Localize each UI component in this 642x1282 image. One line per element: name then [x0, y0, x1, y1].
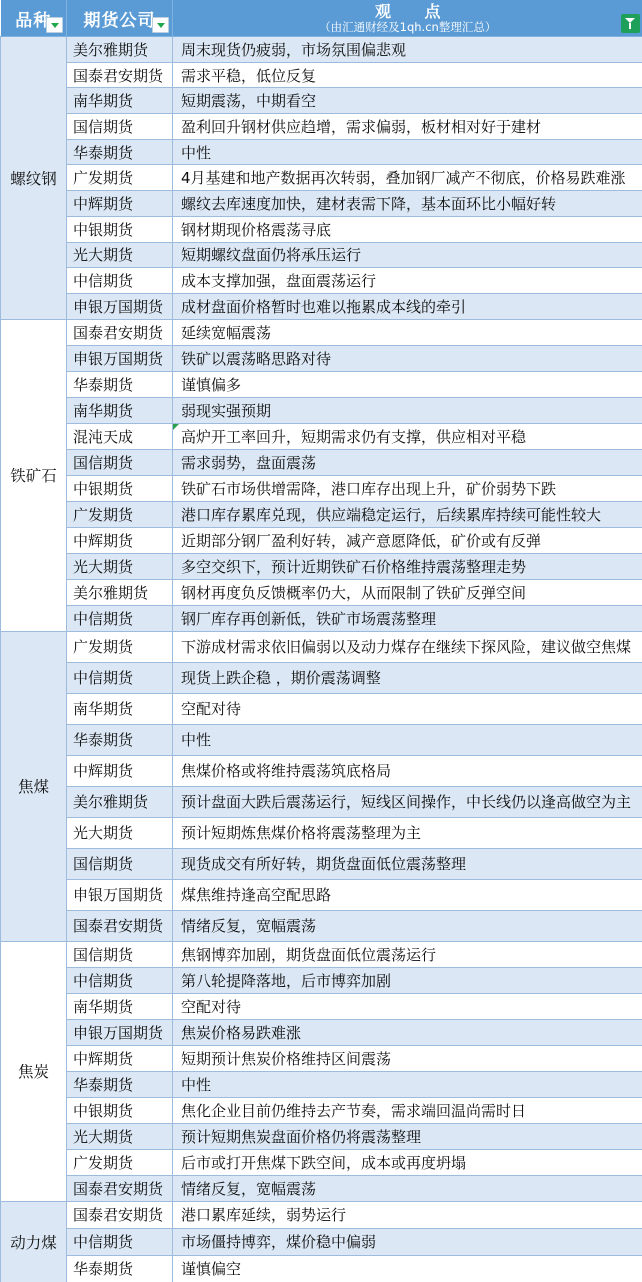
table-row: 华泰期货谨慎偏多	[1, 371, 642, 397]
table-row: 中辉期货焦煤价格或将维持震荡筑底格局	[1, 755, 642, 786]
table-row: 国信期货现货成交有所好转，期货盘面低位震荡整理	[1, 848, 642, 879]
header-row: 品种 期货公司 观 点 （由汇通财经及1qh.cn整理汇总）	[1, 0, 642, 37]
company-cell[interactable]: 中辉期货	[67, 1045, 173, 1071]
company-cell[interactable]: 国泰君安期货	[67, 319, 173, 345]
view-cell[interactable]: 焦炭价格易跌难涨	[173, 1019, 642, 1045]
table-row: 动力煤国泰君安期货港口累库延续，弱势运行	[1, 1201, 642, 1228]
view-cell[interactable]: 需求弱势，盘面震荡	[173, 449, 642, 475]
view-cell[interactable]: 短期震荡，中期看空	[173, 88, 642, 114]
funnel-stem-icon	[629, 23, 631, 29]
table-row: 美尔雅期货钢材再度负反馈概率仍大，从而限制了铁矿反弹空间	[1, 579, 642, 605]
col-header-variety[interactable]: 品种	[1, 0, 67, 37]
company-cell[interactable]: 国信期货	[67, 941, 173, 967]
table-row: 南华期货空配对待	[1, 993, 642, 1019]
company-cell[interactable]: 国泰君安期货	[67, 62, 173, 88]
opinion-table: 品种 期货公司 观 点 （由汇通财经及1qh.cn整理汇总） 螺纹钢美尔雅期货	[0, 0, 642, 1282]
view-cell[interactable]: 短期预计焦炭价格维持区间震荡	[173, 1045, 642, 1071]
col-header-view[interactable]: 观 点 （由汇通财经及1qh.cn整理汇总）	[173, 0, 642, 37]
view-cell[interactable]: 预计短期焦炭盘面价格仍将震荡整理	[173, 1123, 642, 1149]
company-cell[interactable]: 广发期货	[67, 1149, 173, 1175]
company-cell[interactable]: 中辉期货	[67, 527, 173, 553]
table-row: 国信期货盈利回升钢材供应趋增，需求偏弱，板材相对好于建材	[1, 114, 642, 140]
company-cell[interactable]: 美尔雅期货	[67, 37, 173, 63]
company-cell[interactable]: 国信期货	[67, 449, 173, 475]
table-row: 国泰君安期货情绪反复，宽幅震荡	[1, 910, 642, 941]
table-row: 广发期货后市或打开焦煤下跌空间，成本或再度坍塌	[1, 1149, 642, 1175]
view-cell[interactable]: 市场僵持博弈，煤价稳中偏弱	[173, 1228, 642, 1255]
company-cell[interactable]: 广发期货	[67, 631, 173, 662]
company-cell[interactable]: 广发期货	[67, 501, 173, 527]
table-row: 中信期货成本支撑加强，盘面震荡运行	[1, 268, 642, 294]
view-cell[interactable]: 现货上跌企稳 ，期价震荡调整	[173, 662, 642, 693]
company-cell[interactable]: 申银万国期货	[67, 879, 173, 910]
view-cell[interactable]: 谨慎偏空	[173, 1255, 642, 1282]
view-cell[interactable]: 铁矿石市场供增需降，港口库存出现上升，矿价弱势下跌	[173, 475, 642, 501]
view-cell[interactable]: 现货成交有所好转，期货盘面低位震荡整理	[173, 848, 642, 879]
company-cell[interactable]: 国泰君安期货	[67, 1175, 173, 1201]
view-cell[interactable]: 弱现实强预期	[173, 397, 642, 423]
view-cell[interactable]: 预计短期炼焦煤价格将震荡整理为主	[173, 817, 642, 848]
company-cell[interactable]: 中银期货	[67, 216, 173, 242]
table-row: 中辉期货近期部分钢厂盈利好转，减产意愿降低，矿价或有反弹	[1, 527, 642, 553]
table-row: 美尔雅期货预计盘面大跌后震荡运行，短线区间操作，中长线仍以逢高做空为主	[1, 786, 642, 817]
table-body: 螺纹钢美尔雅期货周末现货仍疲弱，市场氛围偏悲观国泰君安期货需求平稳，低位反复南华…	[1, 37, 642, 1282]
view-cell[interactable]: 情绪反复，宽幅震荡	[173, 1175, 642, 1201]
table-row: 国泰君安期货情绪反复，宽幅震荡	[1, 1175, 642, 1201]
company-cell[interactable]: 申银万国期货	[67, 1019, 173, 1045]
view-header-subtitle: （由汇通财经及1qh.cn整理汇总）	[173, 21, 642, 34]
table-header: 品种 期货公司 观 点 （由汇通财经及1qh.cn整理汇总）	[1, 0, 642, 37]
company-cell[interactable]: 华泰期货	[67, 724, 173, 755]
table-row: 华泰期货中性	[1, 139, 642, 165]
company-cell[interactable]: 申银万国期货	[67, 293, 173, 319]
table-row: 中辉期货螺纹去库速度加快，建材表需下降，基本面环比小幅好转	[1, 191, 642, 217]
view-cell[interactable]: 港口累库延续，弱势运行	[173, 1201, 642, 1228]
view-cell[interactable]: 焦化企业目前仍维持去产节奏，需求端回温尚需时日	[173, 1097, 642, 1123]
table-row: 中银期货焦化企业目前仍维持去产节奏，需求端回温尚需时日	[1, 1097, 642, 1123]
company-cell[interactable]: 南华期货	[67, 88, 173, 114]
company-cell[interactable]: 国泰君安期货	[67, 1201, 173, 1228]
table-row: 中银期货钢材期现价格震荡寻底	[1, 216, 642, 242]
company-cell[interactable]: 南华期货	[67, 397, 173, 423]
view-cell[interactable]: 需求平稳，低位反复	[173, 62, 642, 88]
view-cell[interactable]: 高炉开工率回升，短期需求仍有支撑，供应相对平稳	[173, 423, 642, 449]
table-row: 华泰期货谨慎偏空	[1, 1255, 642, 1282]
company-cell[interactable]: 国信期货	[67, 848, 173, 879]
filter-dropdown-icon[interactable]	[152, 17, 169, 33]
spreadsheet: 品种 期货公司 观 点 （由汇通财经及1qh.cn整理汇总） 螺纹钢美尔雅期货	[0, 0, 642, 1282]
table-row: 申银万国期货成材盘面价格暂时也难以拖累成本线的牵引	[1, 293, 642, 319]
view-cell[interactable]: 盈利回升钢材供应趋增，需求偏弱，板材相对好于建材	[173, 114, 642, 140]
view-cell[interactable]: 空配对待	[173, 693, 642, 724]
company-cell[interactable]: 美尔雅期货	[67, 786, 173, 817]
table-row: 国信期货需求弱势，盘面震荡	[1, 449, 642, 475]
view-cell[interactable]: 4月基建和地产数据再次转弱，叠加钢厂减产不彻底，价格易跌难涨	[173, 165, 642, 191]
company-cell[interactable]: 广发期货	[67, 165, 173, 191]
view-cell[interactable]: 空配对待	[173, 993, 642, 1019]
table-row: 南华期货空配对待	[1, 693, 642, 724]
view-cell[interactable]: 焦煤价格或将维持震荡筑底格局	[173, 755, 642, 786]
view-cell[interactable]: 钢材期现价格震荡寻底	[173, 216, 642, 242]
company-cell[interactable]: 南华期货	[67, 993, 173, 1019]
view-cell[interactable]: 周末现货仍疲弱，市场氛围偏悲观	[173, 37, 642, 63]
table-row: 华泰期货中性	[1, 1071, 642, 1097]
view-cell[interactable]: 成材盘面价格暂时也难以拖累成本线的牵引	[173, 293, 642, 319]
variety-cell[interactable]: 焦炭	[1, 941, 67, 1201]
view-cell[interactable]: 焦钢博弈加剧，期货盘面低位震荡运行	[173, 941, 642, 967]
col-header-company[interactable]: 期货公司	[67, 0, 173, 37]
view-cell[interactable]: 成本支撑加强，盘面震荡运行	[173, 268, 642, 294]
table-row: 中信期货第八轮提降落地，后市博弈加剧	[1, 967, 642, 993]
company-cell[interactable]: 中辉期货	[67, 191, 173, 217]
filter-triangle-icon	[157, 23, 165, 28]
filter-triangle-icon	[51, 23, 59, 28]
company-cell[interactable]: 光大期货	[67, 553, 173, 579]
table-row: 中信期货市场僵持博弈，煤价稳中偏弱	[1, 1228, 642, 1255]
table-row: 广发期货港口库存累库兑现，供应端稳定运行，后续累库持续可能性较大	[1, 501, 642, 527]
table-row: 中信期货现货上跌企稳 ，期价震荡调整	[1, 662, 642, 693]
company-cell[interactable]: 华泰期货	[67, 1255, 173, 1282]
table-row: 申银万国期货煤焦维持逢高空配思路	[1, 879, 642, 910]
company-cell[interactable]: 中辉期货	[67, 755, 173, 786]
variety-cell[interactable]: 螺纹钢	[1, 37, 67, 320]
table-row: 光大期货多空交织下，预计近期铁矿石价格维持震荡整理走势	[1, 553, 642, 579]
table-row: 螺纹钢美尔雅期货周末现货仍疲弱，市场氛围偏悲观	[1, 37, 642, 63]
table-row: 南华期货弱现实强预期	[1, 397, 642, 423]
view-cell[interactable]: 延续宽幅震荡	[173, 319, 642, 345]
view-cell[interactable]: 情绪反复，宽幅震荡	[173, 910, 642, 941]
company-cell[interactable]: 华泰期货	[67, 1071, 173, 1097]
view-cell[interactable]: 港口库存累库兑现，供应端稳定运行，后续累库持续可能性较大	[173, 501, 642, 527]
table-row: 南华期货短期震荡，中期看空	[1, 88, 642, 114]
table-row: 光大期货预计短期炼焦煤价格将震荡整理为主	[1, 817, 642, 848]
company-cell[interactable]: 中信期货	[67, 605, 173, 631]
table-row: 中辉期货短期预计焦炭价格维持区间震荡	[1, 1045, 642, 1071]
view-cell[interactable]: 螺纹去库速度加快，建材表需下降，基本面环比小幅好转	[173, 191, 642, 217]
view-cell[interactable]: 铁矿以震荡略思路对待	[173, 345, 642, 371]
company-cell[interactable]: 美尔雅期货	[67, 579, 173, 605]
view-cell[interactable]: 近期部分钢厂盈利好转，减产意愿降低，矿价或有反弹	[173, 527, 642, 553]
company-cell[interactable]: 光大期货	[67, 817, 173, 848]
view-cell[interactable]: 多空交织下，预计近期铁矿石价格维持震荡整理走势	[173, 553, 642, 579]
table-row: 华泰期货中性	[1, 724, 642, 755]
table-row: 中信期货钢厂库存再创新低，铁矿市场震荡整理	[1, 605, 642, 631]
table-row: 广发期货4月基建和地产数据再次转弱，叠加钢厂减产不彻底，价格易跌难涨	[1, 165, 642, 191]
view-cell[interactable]: 谨慎偏多	[173, 371, 642, 397]
view-cell[interactable]: 中性	[173, 724, 642, 755]
company-cell[interactable]: 南华期货	[67, 693, 173, 724]
table-row: 国泰君安期货需求平稳，低位反复	[1, 62, 642, 88]
company-cell[interactable]: 中信期货	[67, 1228, 173, 1255]
company-header-label: 期货公司	[84, 11, 156, 31]
table-row: 焦煤广发期货下游成材需求依旧偏弱以及动力煤存在继续下探风险，建议做空焦煤	[1, 631, 642, 662]
company-cell[interactable]: 华泰期货	[67, 371, 173, 397]
variety-cell[interactable]: 铁矿石	[1, 319, 67, 631]
filter-funnel-icon[interactable]	[621, 14, 640, 33]
view-cell[interactable]: 后市或打开焦煤下跌空间，成本或再度坍塌	[173, 1149, 642, 1175]
table-row: 焦炭国信期货焦钢博弈加剧，期货盘面低位震荡运行	[1, 941, 642, 967]
company-cell[interactable]: 中银期货	[67, 1097, 173, 1123]
view-cell[interactable]: 煤焦维持逢高空配思路	[173, 879, 642, 910]
table-row: 申银万国期货铁矿以震荡略思路对待	[1, 345, 642, 371]
view-cell[interactable]: 中性	[173, 1071, 642, 1097]
company-cell[interactable]: 中银期货	[67, 475, 173, 501]
company-cell[interactable]: 国信期货	[67, 114, 173, 140]
table-row: 混沌天成高炉开工率回升，短期需求仍有支撑，供应相对平稳	[1, 423, 642, 449]
company-cell[interactable]: 光大期货	[67, 242, 173, 268]
company-cell[interactable]: 光大期货	[67, 1123, 173, 1149]
table-row: 光大期货预计短期焦炭盘面价格仍将震荡整理	[1, 1123, 642, 1149]
company-cell[interactable]: 中信期货	[67, 662, 173, 693]
company-cell[interactable]: 国泰君安期货	[67, 910, 173, 941]
view-cell[interactable]: 钢厂库存再创新低，铁矿市场震荡整理	[173, 605, 642, 631]
table-row: 中银期货铁矿石市场供增需降，港口库存出现上升，矿价弱势下跌	[1, 475, 642, 501]
variety-cell[interactable]: 焦煤	[1, 631, 67, 941]
company-cell[interactable]: 混沌天成	[67, 423, 173, 449]
table-row: 铁矿石国泰君安期货延续宽幅震荡	[1, 319, 642, 345]
view-cell[interactable]: 预计盘面大跌后震荡运行，短线区间操作，中长线仍以逢高做空为主	[173, 786, 642, 817]
table-row: 光大期货短期螺纹盘面仍将承压运行	[1, 242, 642, 268]
cell-corner-marker-icon	[173, 424, 179, 430]
company-cell[interactable]: 中信期货	[67, 268, 173, 294]
view-header-title: 观 点	[173, 3, 642, 21]
view-cell[interactable]: 第八轮提降落地，后市博弈加剧	[173, 967, 642, 993]
company-cell[interactable]: 申银万国期货	[67, 345, 173, 371]
view-cell[interactable]: 钢材再度负反馈概率仍大，从而限制了铁矿反弹空间	[173, 579, 642, 605]
filter-dropdown-icon[interactable]	[46, 17, 63, 33]
company-cell[interactable]: 中信期货	[67, 967, 173, 993]
table-row: 申银万国期货焦炭价格易跌难涨	[1, 1019, 642, 1045]
view-cell[interactable]: 中性	[173, 139, 642, 165]
variety-cell[interactable]: 动力煤	[1, 1201, 67, 1282]
company-cell[interactable]: 华泰期货	[67, 139, 173, 165]
view-cell[interactable]: 短期螺纹盘面仍将承压运行	[173, 242, 642, 268]
view-cell[interactable]: 下游成材需求依旧偏弱以及动力煤存在继续下探风险，建议做空焦煤	[173, 631, 642, 662]
